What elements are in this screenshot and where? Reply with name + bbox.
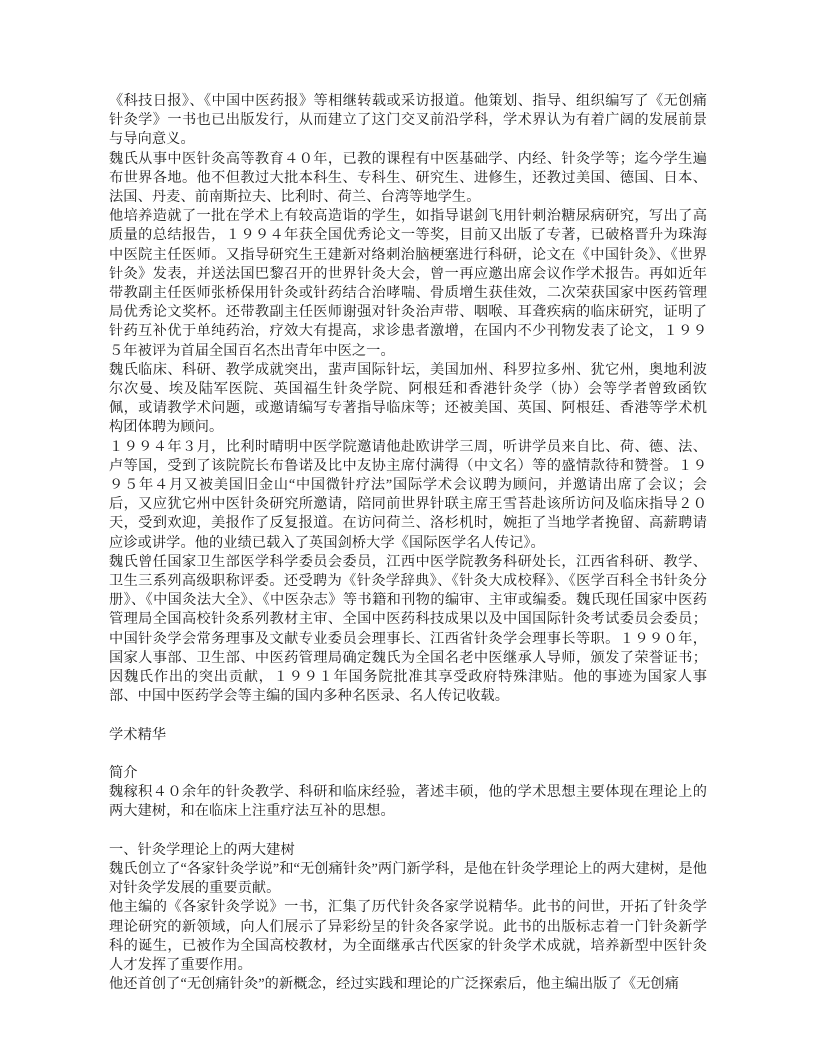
document-page: 《科技日报》、《中国中医药报》等相继转载或采访报道。他策划、指导、组织编写了《无…	[0, 0, 816, 1056]
paragraph: 魏氏临床、科研、教学成就突出，蜚声国际针坛，美国加州、科罗拉多州、犹它州，奥地利…	[109, 361, 707, 438]
paragraph: 他主编的《各家针灸学说》一书，汇集了历代针灸各家学说精华。此书的问世，开拓了针灸…	[109, 898, 707, 975]
paragraph: 魏稼积４０余年的针灸教学、科研和临床经验，著述丰硕，他的学术思想主要体现在理论上…	[109, 783, 707, 821]
section-heading: 学术精华	[109, 726, 707, 745]
paragraph: 他还首创了“无创痛针灸”的新概念，经过实践和理论的广泛探索后，他主编出版了《无创…	[109, 975, 707, 994]
paragraph: 魏氏创立了“各家针灸学说”和“无创痛针灸”两门新学科，是他在针灸学理论上的两大建…	[109, 860, 707, 898]
paragraph: 魏氏从事中医针灸高等教育４０年，已教的课程有中医基础学、内经、针灸学等；迄今学生…	[109, 150, 707, 208]
section-heading: 一、针灸学理论上的两大建树	[109, 841, 707, 860]
section-heading: 简介	[109, 764, 707, 783]
paragraph: 魏氏曾任国家卫生部医学科学委员会委员，江西中医学院教务科研处长，江西省科研、教学…	[109, 553, 707, 707]
text-column: 《科技日报》、《中国中医药报》等相继转载或采访报道。他策划、指导、组织编写了《无…	[109, 92, 707, 995]
paragraph: 他培养造就了一批在学术上有较高造诣的学生，如指导谌剑飞用针刺治糖尿病研究，写出了…	[109, 207, 707, 361]
paragraph: １９９４年３月，比利时晴明中医学院邀请他赴欧讲学三周，听讲学员来自比、荷、德、法…	[109, 438, 707, 553]
paragraph: 《科技日报》、《中国中医药报》等相继转载或采访报道。他策划、指导、组织编写了《无…	[109, 92, 707, 150]
